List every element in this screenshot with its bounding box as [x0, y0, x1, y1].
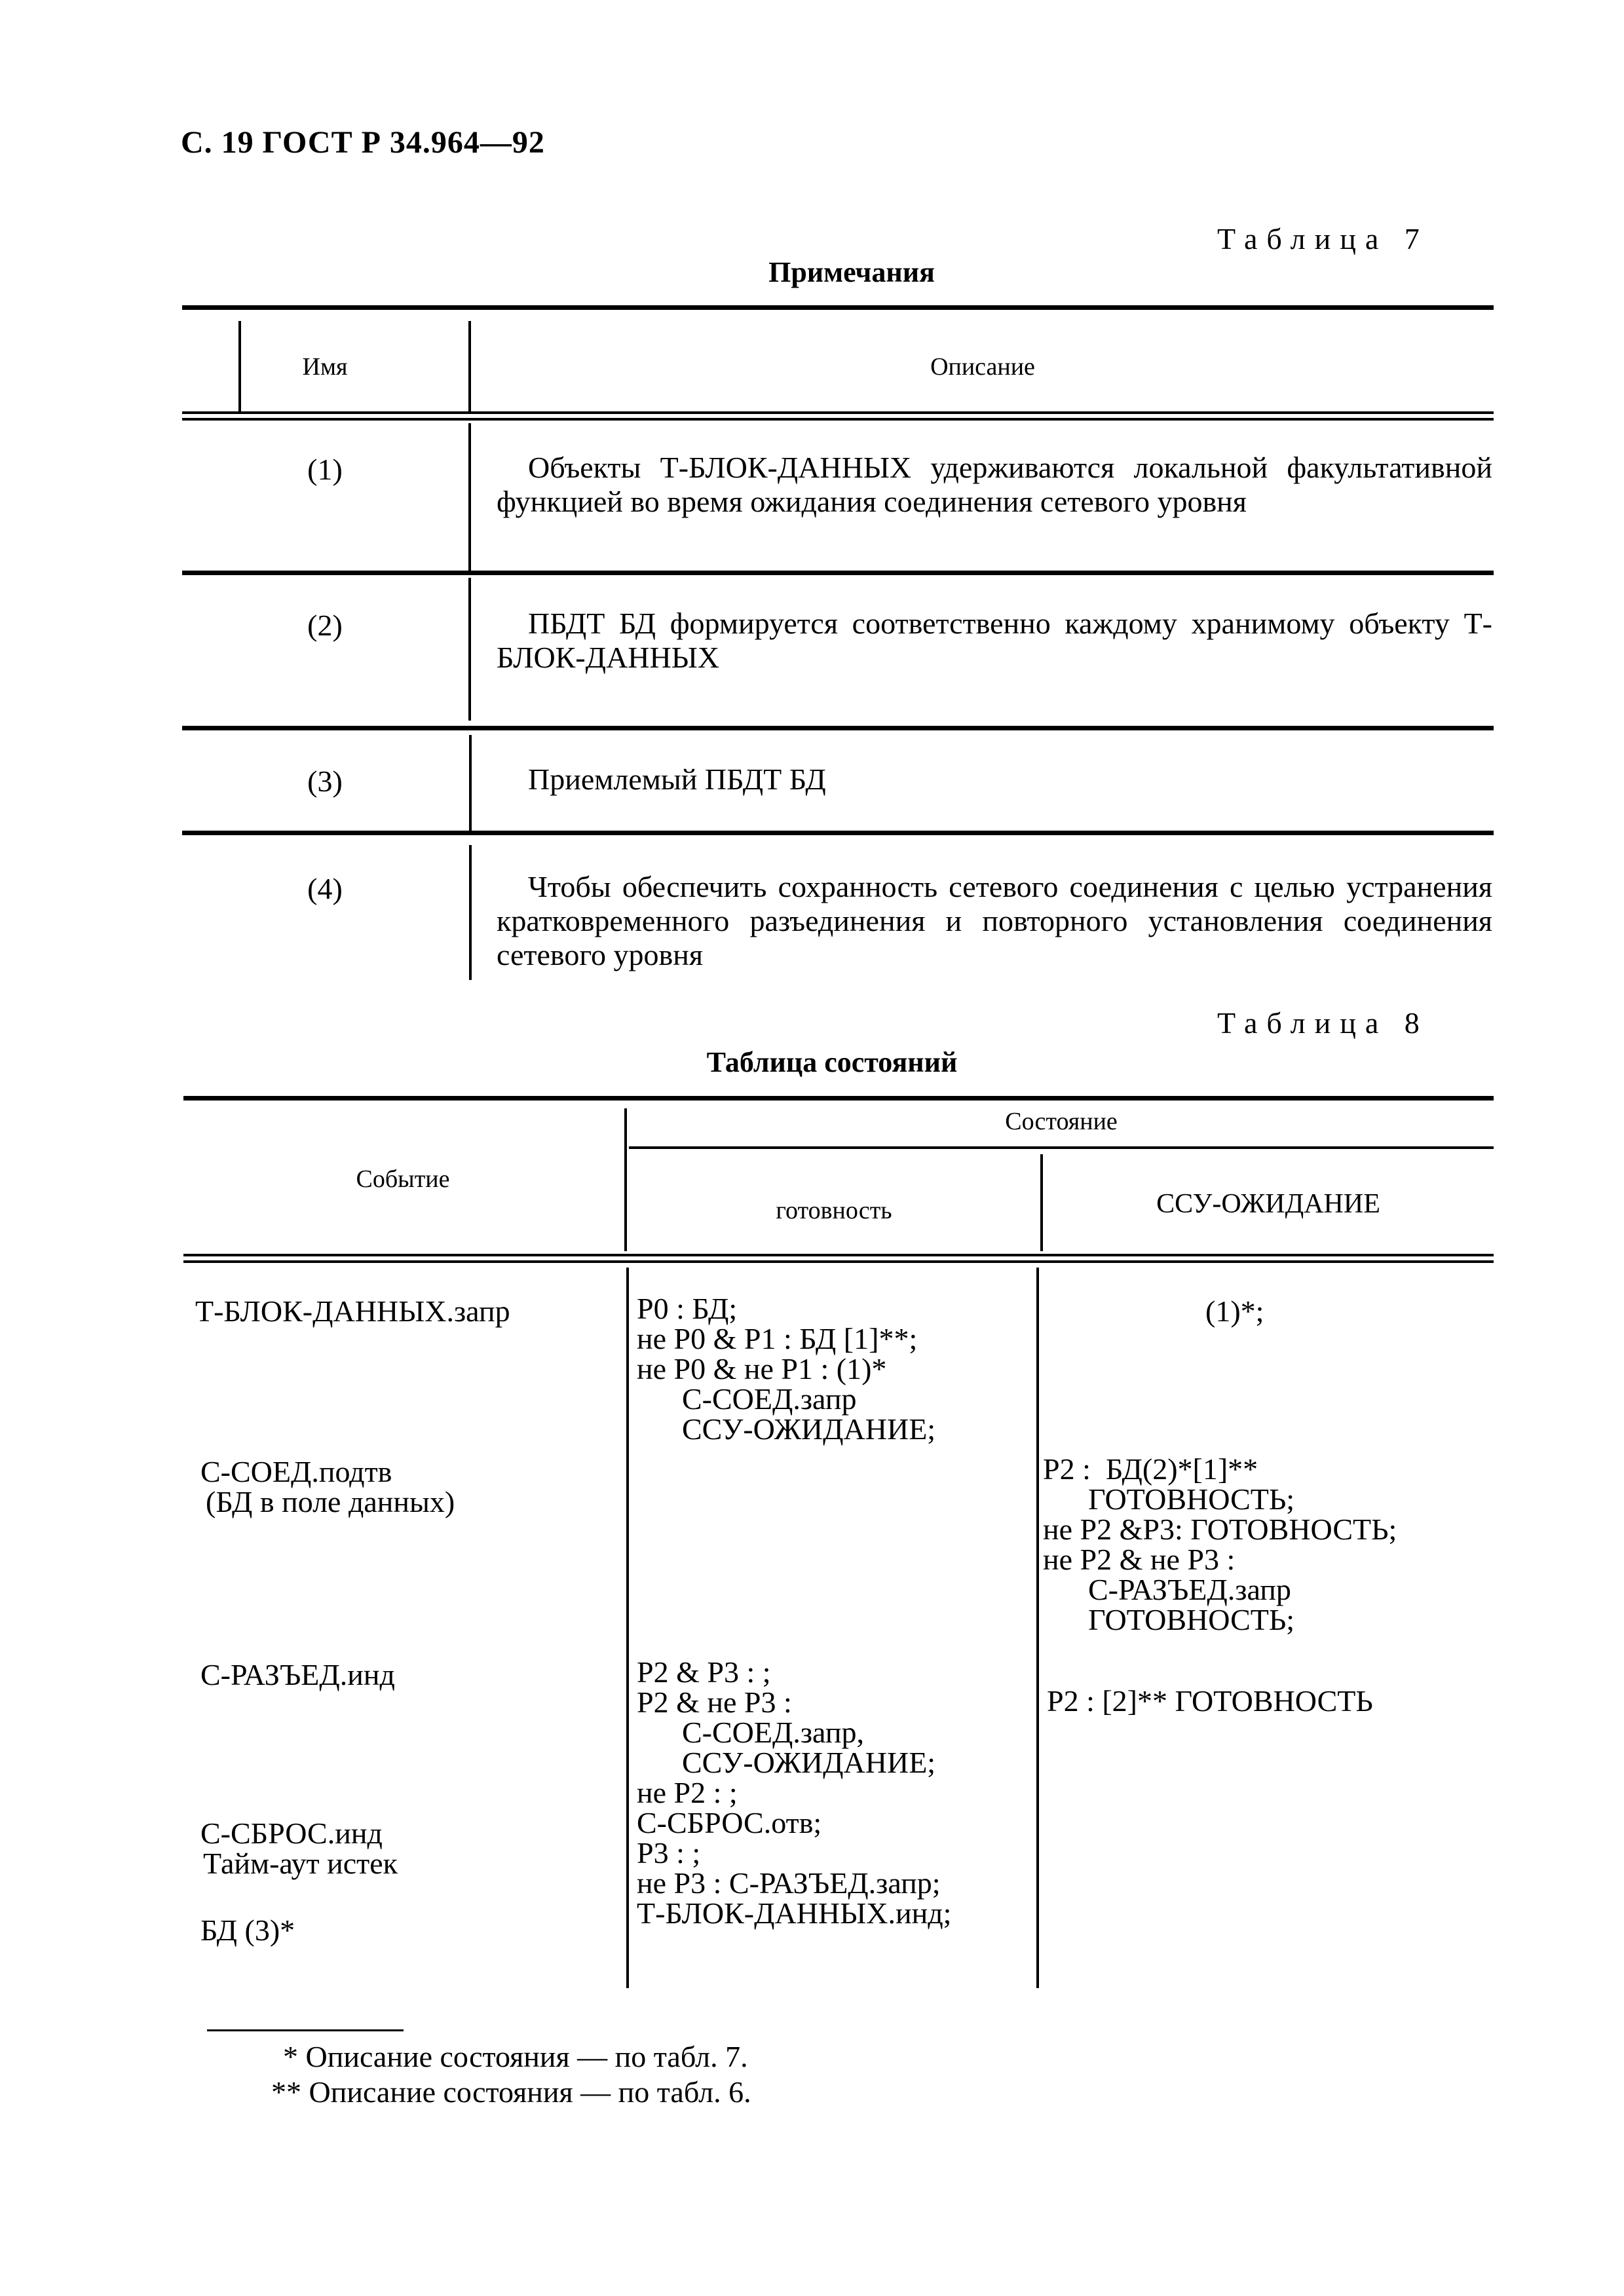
table7-row-rule: [182, 571, 1494, 575]
table8-header-state-group: Состояние: [629, 1107, 1494, 1136]
table7-header-rule: [182, 418, 1494, 421]
table8-ready-line: не P3 : С-РАЗЪЕД.запр;: [637, 1868, 951, 1898]
page-header: С. 19 ГОСТ Р 34.964—92: [181, 124, 545, 160]
table8-waiting-cell: (1)*;: [1205, 1294, 1264, 1329]
table7-col-divider: [468, 423, 471, 573]
table8-ready-line: С-СБРОС.отв;: [637, 1808, 951, 1838]
table7-row-name: (3): [182, 764, 468, 799]
table7-row-description: Приемлемый ПБДТ БД: [497, 762, 1492, 797]
table7-row-name: (2): [182, 608, 468, 643]
table7-col-divider: [469, 735, 472, 832]
table8-waiting-line: ГОТОВНОСТЬ;: [1043, 1484, 1397, 1515]
table7-caption: Таблица 7: [1217, 221, 1429, 256]
table8-caption: Таблица 8: [1217, 1006, 1429, 1040]
table8-ready-line: P2 & P3 : ;: [637, 1657, 951, 1687]
table7-title: Примечания: [655, 255, 1048, 289]
table8-waiting-line: не P2 & не P3 :: [1043, 1545, 1397, 1575]
table7-row-name: (4): [182, 871, 468, 906]
table8-event: Т-БЛОК-ДАННЫХ.запр: [195, 1294, 510, 1329]
footnote: ** Описание состояния — по табл. 6.: [271, 2074, 751, 2111]
table8-top-rule: [183, 1096, 1494, 1101]
table7-row-name: (1): [182, 452, 468, 487]
table7-col-divider: [468, 321, 471, 414]
table8-waiting-line: P2 : БД(2)*[1]**: [1043, 1454, 1397, 1484]
table7-col-divider: [468, 578, 471, 721]
table8-ready-line: С-СОЕД.запр: [637, 1384, 935, 1414]
table8-col-divider: [624, 1108, 627, 1251]
table8-waiting-line: ГОТОВНОСТЬ;: [1043, 1605, 1397, 1635]
table7-row-rule: [182, 831, 1494, 835]
table7-header-description: Описание: [472, 352, 1494, 381]
table8-col-divider: [626, 1268, 629, 1988]
table8-title: Таблица состояний: [622, 1045, 1042, 1079]
table7-row-rule: [182, 726, 1494, 730]
table8-ready-line: ССУ-ОЖИДАНИЕ;: [637, 1414, 935, 1444]
table8-event: (БД в поле данных): [206, 1484, 455, 1520]
table7-top-rule: [182, 305, 1494, 310]
table8-header-ready: готовность: [629, 1196, 1039, 1225]
table8-waiting-cell: P2 : [2]** ГОТОВНОСТЬ: [1047, 1684, 1373, 1719]
table8-ready-line: P3 : ;: [637, 1838, 951, 1868]
table7-row-description: Чтобы обеспечить сохранность сетевого со…: [497, 870, 1492, 972]
table8-ready-line: P2 & не P3 :: [637, 1687, 951, 1718]
table8-event: С-РАЗЪЕД.инд: [200, 1657, 395, 1693]
table8-ready-line: С-СОЕД.запр,: [637, 1718, 951, 1748]
table8-ready-line: ССУ-ОЖИДАНИЕ;: [637, 1748, 951, 1778]
table8-header-event: Событие: [183, 1165, 622, 1194]
table8-waiting-line: не P2 &P3: ГОТОВНОСТЬ;: [1043, 1515, 1397, 1545]
table7-header-rule: [182, 411, 1494, 414]
footnote: * Описание состояния — по табл. 7.: [283, 2039, 748, 2075]
table7-row-description: ПБДТ БД формируется соответственно каждо…: [497, 607, 1492, 675]
table8-subheader-rule: [629, 1146, 1494, 1149]
table8-waiting-line: С-РАЗЪЕД.запр: [1043, 1575, 1397, 1605]
table8-header-rule: [183, 1254, 1494, 1256]
table8-ready-line: Т-БЛОК-ДАННЫХ.инд;: [637, 1898, 951, 1929]
table7-col-divider: [469, 845, 472, 980]
table7-header-name: Имя: [182, 352, 468, 381]
table8-ready-line: не P2 : ;: [637, 1778, 951, 1808]
table8-event: БД (3)*: [200, 1913, 295, 1948]
table8-header-waiting: ССУ-ОЖИДАНИЕ: [1043, 1188, 1494, 1220]
table7-row-description: Объекты Т-БЛОК-ДАННЫХ удерживаются локал…: [497, 451, 1492, 519]
table8-ready-line: не P0 & P1 : БД [1]**;: [637, 1324, 935, 1354]
table8-ready-line: не P0 & не P1 : (1)*: [637, 1354, 935, 1384]
table8-ready-line: P0 : БД;: [637, 1294, 935, 1324]
table8-header-rule: [183, 1260, 1494, 1263]
table8-waiting-cell: P2 : БД(2)*[1]** ГОТОВНОСТЬ; не P2 &P3: …: [1043, 1454, 1397, 1635]
table8-ready-cell: P2 & P3 : ; P2 & не P3 : С-СОЕД.запр, СС…: [637, 1657, 951, 1929]
footnote-separator: [207, 2029, 404, 2031]
table8-ready-cell: P0 : БД; не P0 & P1 : БД [1]**; не P0 & …: [637, 1294, 935, 1444]
table8-event: Тайм-аут истек: [203, 1846, 398, 1881]
table8-col-divider: [1036, 1268, 1039, 1988]
